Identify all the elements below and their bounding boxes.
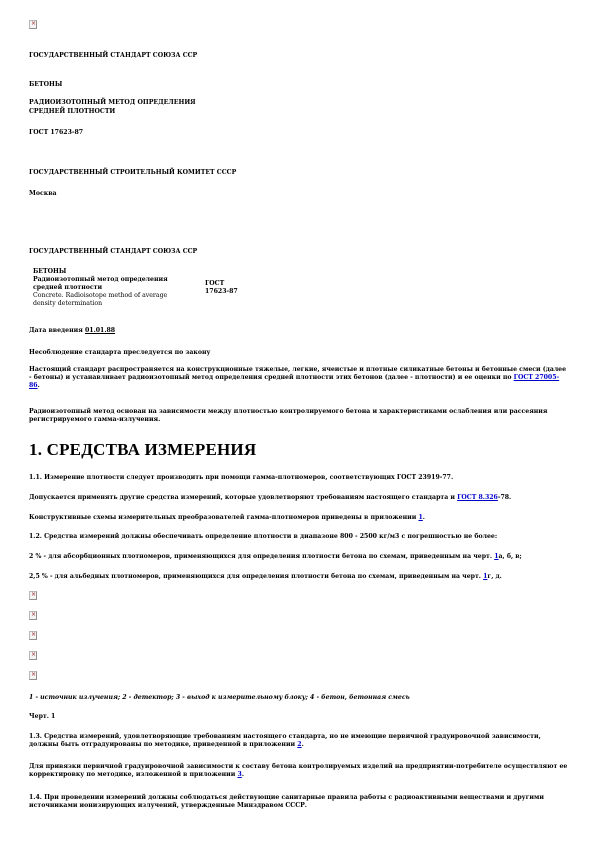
committee-name: ГОСУДАРСТВЕННЫЙ СТРОИТЕЛЬНЫЙ КОМИТЕТ ССС… [29, 169, 236, 177]
paragraph-1-1: 1.1. Измерение плотности следует произво… [29, 474, 569, 482]
effective-date: Дата введения 01.01.88 [29, 327, 115, 335]
section-heading: 1. СРЕДСТВА ИЗМЕРЕНИЯ [29, 440, 256, 460]
legal-notice: Несоблюдение стандарта преследуется по з… [29, 349, 210, 357]
paragraph-1-3: 1.3. Средства измерений, удовлетворяющие… [29, 733, 569, 749]
city-name: Москва [29, 190, 57, 198]
title-gost-label: ГОСТ [205, 280, 265, 288]
gost-8-326-link[interactable]: ГОСТ 8.326 [457, 494, 498, 501]
figure-1d-broken-image-icon [29, 651, 37, 660]
title-gost-code: 17623-87 [205, 288, 265, 296]
paragraph-1-2: 1.2. Средства измерений должны обеспечив… [29, 533, 569, 541]
paragraph-1-4: 1.4. При проведении измерений должны соб… [29, 794, 569, 810]
title-ru-line1: Радиоизотопный метод определения [33, 276, 203, 284]
doc-title-line1: РАДИОИЗОТОПНЫЙ МЕТОД ОПРЕДЕЛЕНИЯ [29, 99, 196, 107]
paragraph-1-1-b: Допускается применять другие средства из… [29, 494, 569, 502]
method-paragraph: Радиоизотопный метод основан на зависимо… [29, 408, 569, 424]
gost-number: ГОСТ 17623-87 [29, 129, 83, 137]
paragraph-1-2-a: 2 % - для абсорбционных плотномеров, при… [29, 553, 569, 561]
figure-1c-broken-image-icon [29, 631, 37, 640]
scope-paragraph: Настоящий стандарт распространяется на к… [29, 366, 569, 390]
date-value: 01.01.88 [85, 327, 115, 334]
figure-legend: 1 - источник излучения; 2 - детектор; 3 … [29, 694, 569, 702]
title-ru-line2: средней плотности [33, 284, 203, 292]
figure-caption: Черт. 1 [29, 713, 55, 721]
paragraph-1-3-b: Для привязки первичной градуировочной за… [29, 763, 569, 779]
org-title-repeat: ГОСУДАРСТВЕННЫЙ СТАНДАРТ СОЮЗА ССР [29, 248, 197, 256]
subject-heading: БЕТОНЫ [29, 81, 62, 89]
paragraph-1-1-c: Конструктивные схемы измерительных преоб… [29, 514, 569, 522]
title-en-line2: density determination [33, 300, 203, 308]
figure-1b-broken-image-icon [29, 611, 37, 620]
figure-1e-broken-image-icon [29, 671, 37, 680]
title-en-line1: Concrete. Radioisotope method of average [33, 292, 203, 300]
doc-title-line2: СРЕДНЕЙ ПЛОТНОСТИ [29, 108, 115, 116]
paragraph-1-2-b: 2,5 % - для альбедных плотномеров, приме… [29, 573, 569, 581]
broken-image-icon [29, 20, 37, 29]
title-subject: БЕТОНЫ [33, 268, 203, 276]
org-title: ГОСУДАРСТВЕННЫЙ СТАНДАРТ СОЮЗА ССР [29, 52, 197, 60]
figure-1a-broken-image-icon [29, 591, 37, 600]
